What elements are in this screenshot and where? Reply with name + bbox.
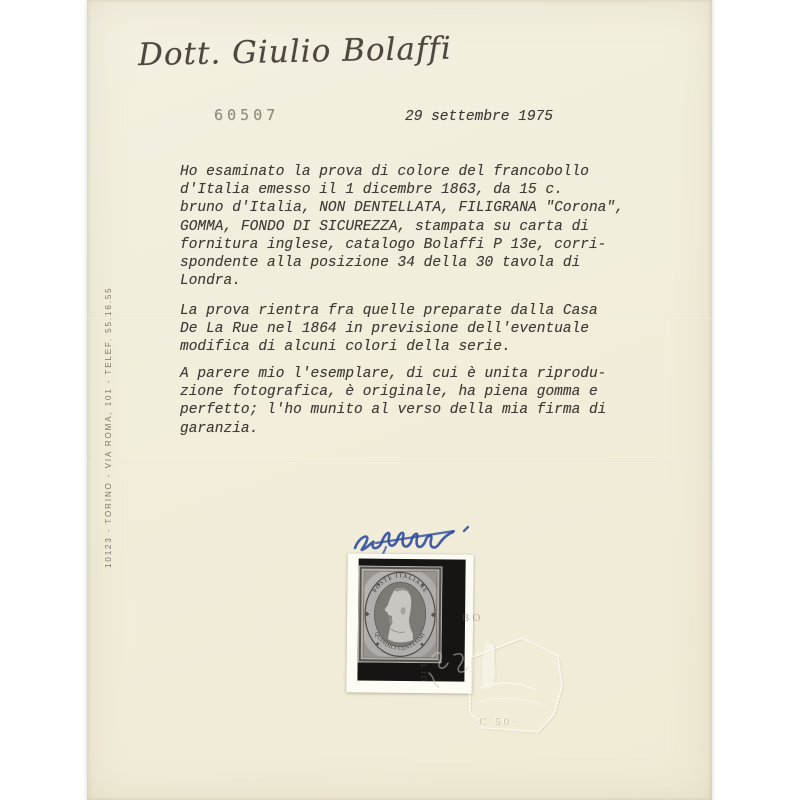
certificate-paragraph-1: Ho esaminato la prova di colore del fran… <box>180 163 650 290</box>
paper-crease <box>87 461 712 464</box>
certificate-paragraph-3: A parere mio l'esemplare, di cui è unita… <box>180 365 650 438</box>
letterhead-address-vertical: 10123 - TORINO - VIA ROMA, 101 - TELEF. … <box>104 244 113 568</box>
seal-value-mark: C 50· <box>479 716 519 728</box>
certificate-paragraph-2: La prova rientra fra quelle preparate da… <box>180 302 650 357</box>
certificate-date: 29 settembre 1975 <box>405 108 553 126</box>
certificate-number: 60507 <box>214 106 279 124</box>
seal-relief-figure <box>482 641 495 689</box>
faint-mark-right: BO <box>462 612 483 624</box>
letterhead-name: Dott. Giulio Bolaffi <box>138 31 439 73</box>
pencil-scribble <box>424 645 472 693</box>
faint-mark-left: LIO <box>419 664 428 683</box>
scanned-certificate: Dott. Giulio Bolaffi 10123 - TORINO - VI… <box>0 0 800 800</box>
